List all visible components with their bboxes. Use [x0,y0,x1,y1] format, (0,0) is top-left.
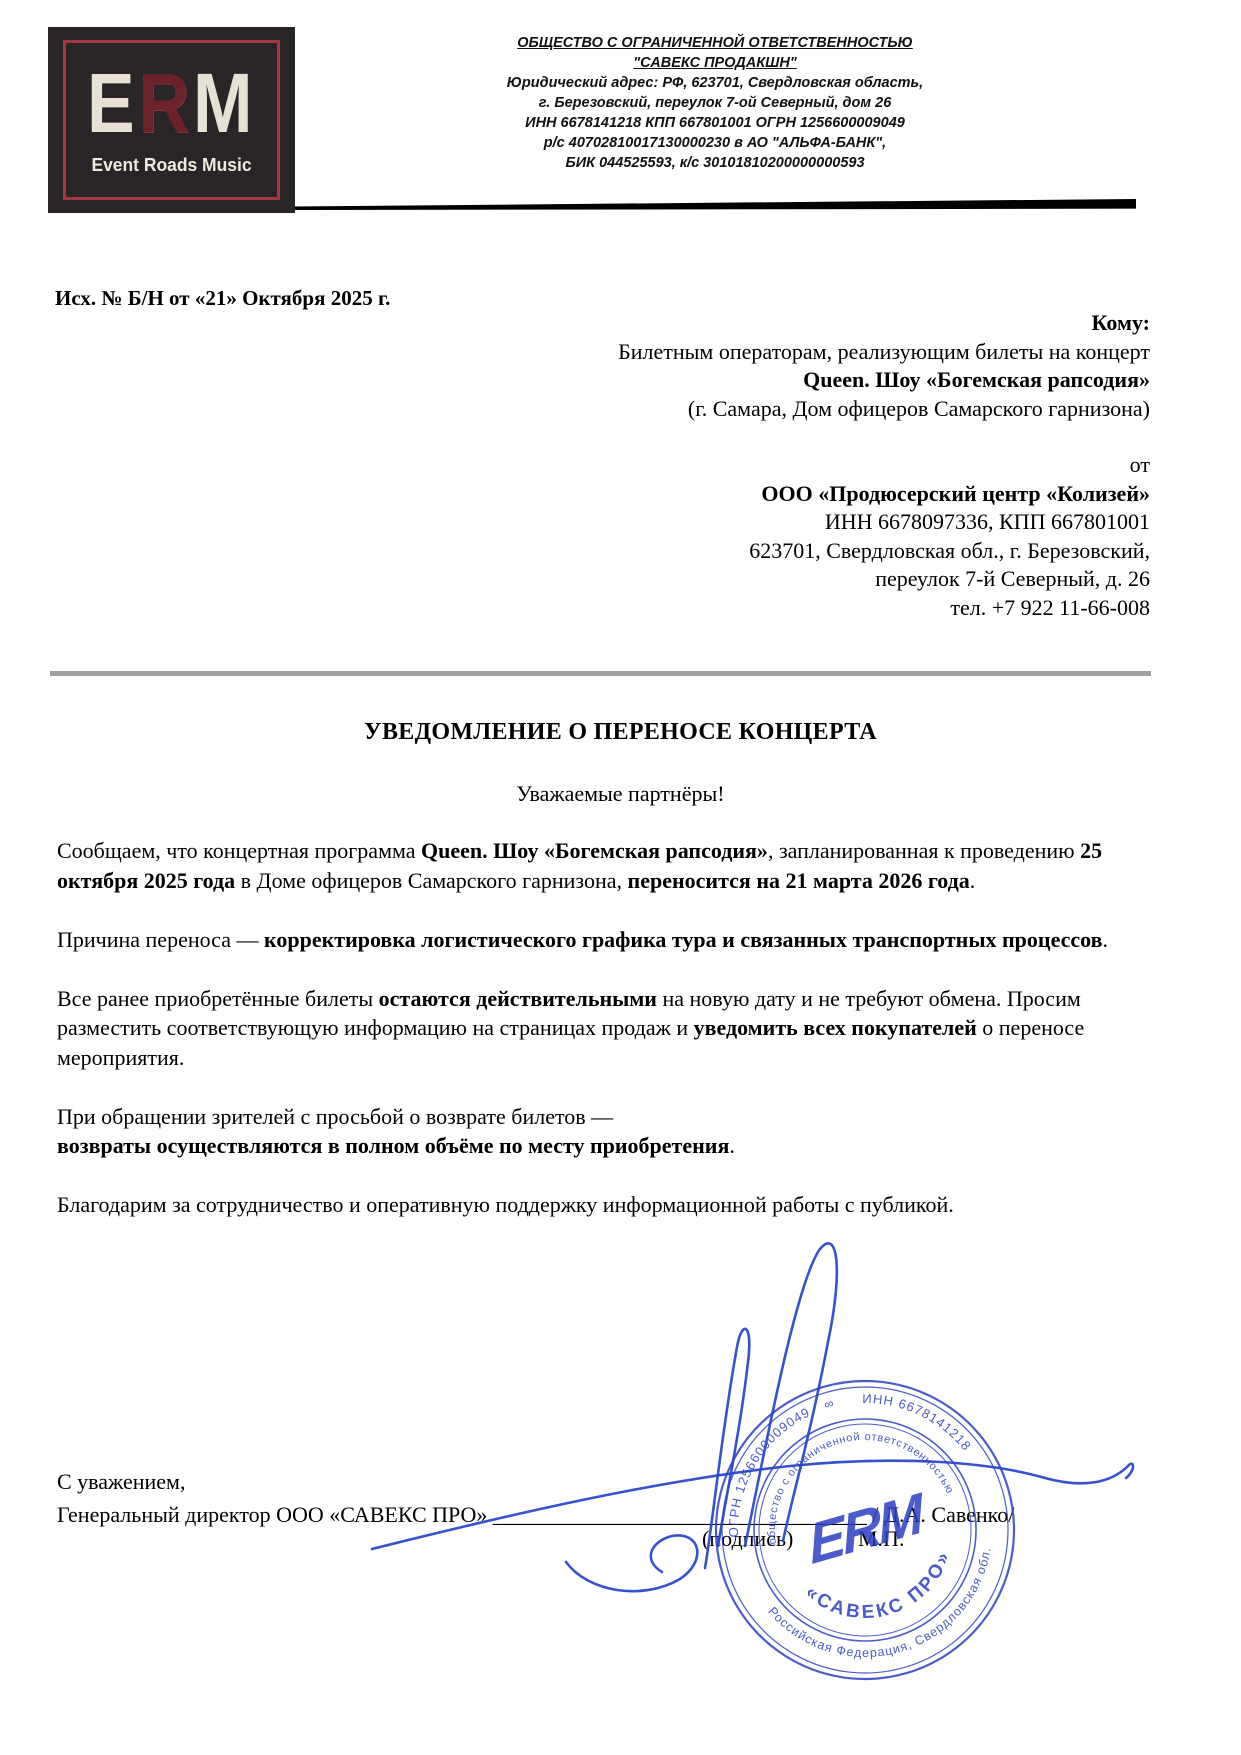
company-logo: ERM Event Roads Music [48,27,295,213]
recipient-intro: Билетным операторам, реализующим билеты … [618,338,1150,367]
company-line-1: ОБЩЕСТВО С ОГРАНИЧЕННОЙ ОТВЕТСТВЕННОСТЬЮ [295,33,1135,53]
svg-text:∞: ∞ [822,1395,835,1412]
letterhead-rule [293,199,1136,210]
seal-chain-ornament: ∞ [822,1395,835,1412]
recipient-block: Кому: Билетным операторам, реализующим б… [618,309,1150,423]
recipient-event: Queen. Шоу «Богемская рапсодия» [618,366,1150,395]
director-signature-row: Генеральный директор ООО «САВЕКС ПРО» __… [57,1502,1014,1528]
recipient-label: Кому: [618,309,1150,338]
signature-line: __________________________________ [493,1502,867,1527]
reference-line: Исх. № Б/Н от «21» Октября 2025 г. [55,286,390,311]
seal-caption: М.П. [858,1526,904,1552]
sender-block: от ООО «Продюсерский центр «Колизей» ИНН… [749,451,1150,622]
letter-body: Сообщаем, что концертная программа Queen… [57,836,1150,1249]
paragraph-tickets: Все ранее приобретённые билеты остаются … [57,984,1150,1073]
paragraph-reason: Причина переноса — корректировка логисти… [57,925,1150,955]
logo-tagline: Event Roads Music [52,155,292,176]
logo-letter-r: R [138,56,193,150]
sender-label: от [749,451,1150,480]
sender-address-2: переулок 7-й Северный, д. 26 [749,565,1150,594]
closing-block: С уважением, Генеральный директор ООО «С… [57,1469,1014,1528]
svg-text:ИНН 6678141218: ИНН 6678141218 [858,1365,976,1477]
company-line-4: г. Березовский, переулок 7-ой Северный, … [295,93,1135,113]
svg-text:«САВЕКС ПРО»: «САВЕКС ПРО» [798,1542,968,1641]
company-line-6: р/с 40702810017130000230 в АО "АЛЬФА-БАН… [295,133,1135,153]
sender-inn: ИНН 6678097336, КПП 667801001 [749,508,1150,537]
sender-address-1: 623701, Свердловская обл., г. Березовски… [749,537,1150,566]
recipient-venue: (г. Самара, Дом офицеров Самарского гарн… [618,395,1150,424]
logo-letter-e: E [87,56,138,150]
seal-text-inn: ИНН 6678141218 [858,1365,976,1477]
director-name: / Д.А. Савенко/ [867,1502,1014,1527]
seal-text-federation: Российская Федерация, Свердловская обл. [764,1542,1015,1688]
seal-text-saveks-pro: «САВЕКС ПРО» [798,1542,968,1641]
document-title: УВЕДОМЛЕНИЕ О ПЕРЕНОСЕ КОНЦЕРТА [0,719,1241,746]
svg-text:Российская Федерация, Свердлов: Российская Федерация, Свердловская обл. [764,1542,1015,1688]
closing-regards: С уважением, [57,1469,1014,1495]
paragraph-announcement: Сообщаем, что концертная программа Queen… [57,836,1150,895]
salutation: Уважаемые партнёры! [0,781,1241,807]
director-title: Генеральный директор ООО «САВЕКС ПРО» [57,1502,493,1527]
paragraph-refunds: При обращении зрителей с просьбой о возв… [57,1102,1150,1161]
signature-stroke-curl [566,1535,697,1591]
signature-and-seal-layer: ОГРН 1256600009049 ∞ ИНН 6678141218 Росс… [0,1180,1241,1755]
company-line-2: "САВЕКС ПРОДАКШН" [295,53,1135,73]
company-line-7: БИК 044525593, к/с 30101810200000000593 [295,153,1135,173]
company-line-3: Юридический адрес: РФ, 623701, Свердловс… [295,73,1135,93]
paragraph-thanks: Благодарим за сотрудничество и оперативн… [57,1190,1150,1220]
letter-page: ERM Event Roads Music ОБЩЕСТВО С ОГРАНИЧ… [0,0,1241,1755]
section-divider [50,671,1151,676]
letterhead-company-block: ОБЩЕСТВО С ОГРАНИЧЕННОЙ ОТВЕТСТВЕННОСТЬЮ… [295,33,1135,173]
company-line-5: ИНН 6678141218 КПП 667801001 ОГРН 125660… [295,113,1135,133]
signature-caption: (подпись) [702,1526,793,1552]
sender-phone: тел. +7 922 11-66-008 [749,594,1150,623]
logo-letter-m: M [193,56,256,150]
logo-erm-text: ERM [67,61,277,145]
sender-name: ООО «Продюсерский центр «Колизей» [749,480,1150,509]
